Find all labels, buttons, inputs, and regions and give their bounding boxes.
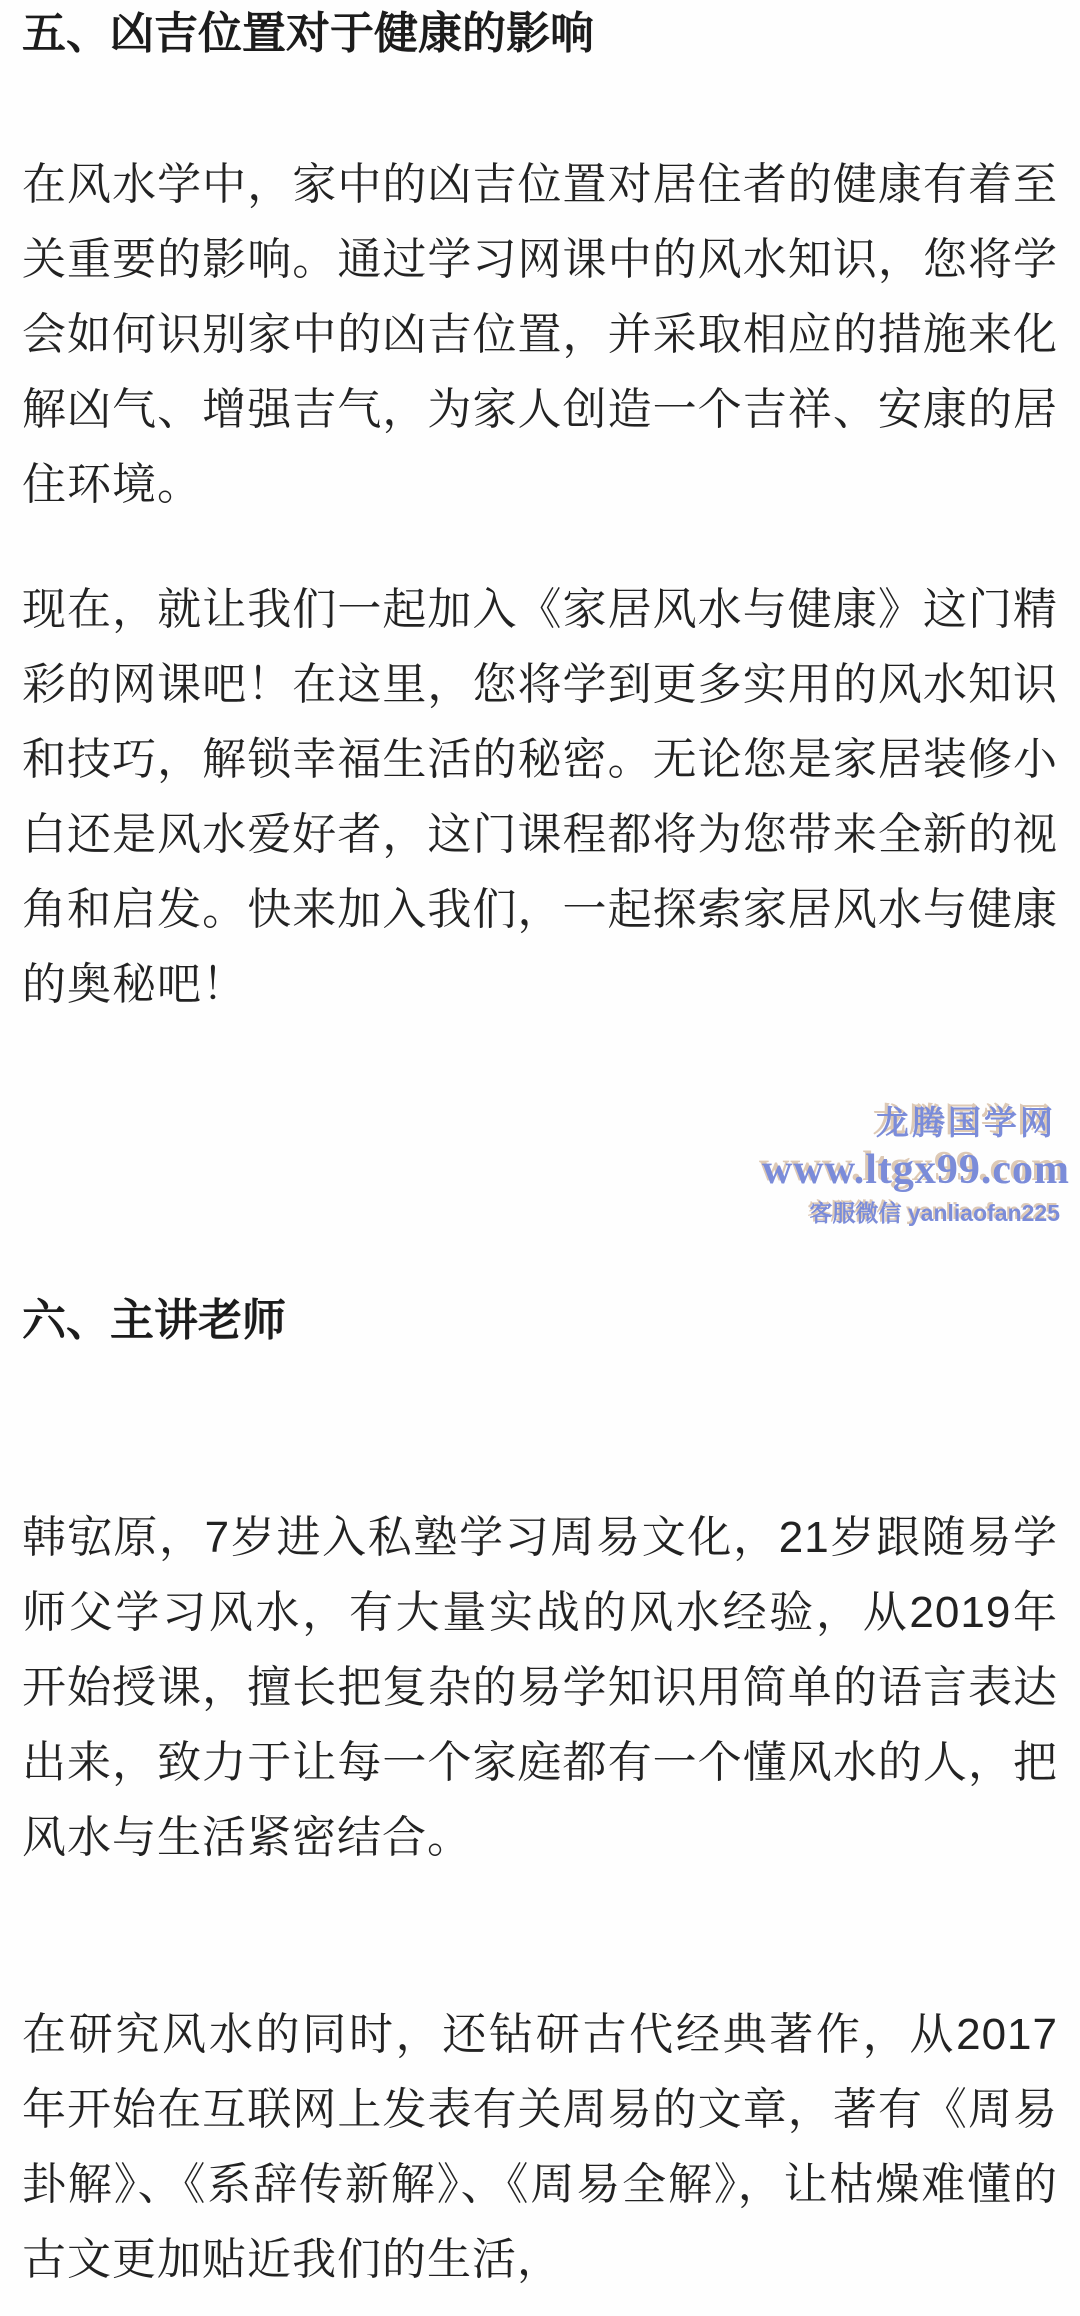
- article-page: 五、凶吉位置对于健康的影响 在风水学中，家中的凶吉位置对居住者的健康有着至关重要…: [0, 0, 1080, 2316]
- section6-paragraph-1: 韩宖原，7岁进入私塾学习周易文化，21岁跟随易学师父学习风水，有大量实战的风水经…: [22, 1500, 1058, 1875]
- section6-paragraph-2: 在研究风水的同时，还钻研古代经典著作，从2017年开始在互联网上发表有关周易的文…: [22, 1997, 1058, 2297]
- section5-paragraph-2: 现在，就让我们一起加入《家居风水与健康》这门精彩的网课吧！在这里，您将学到更多实…: [22, 572, 1058, 1022]
- section5-heading: 五、凶吉位置对于健康的影响: [22, 6, 1058, 61]
- watermark-site-name: 龙腾国学网: [22, 1104, 1070, 1142]
- watermark-site-url: www.ltgx99.com: [22, 1146, 1070, 1194]
- section6-heading: 六、主讲老师: [22, 1293, 1058, 1348]
- section5-paragraph-1: 在风水学中，家中的凶吉位置对居住者的健康有着至关重要的影响。通过学习网课中的风水…: [22, 147, 1058, 522]
- watermark-contact-wechat: 客服微信 yanliaofan225: [22, 1200, 1070, 1226]
- site-watermark: 龙腾国学网 www.ltgx99.com 客服微信 yanliaofan225: [22, 1104, 1070, 1227]
